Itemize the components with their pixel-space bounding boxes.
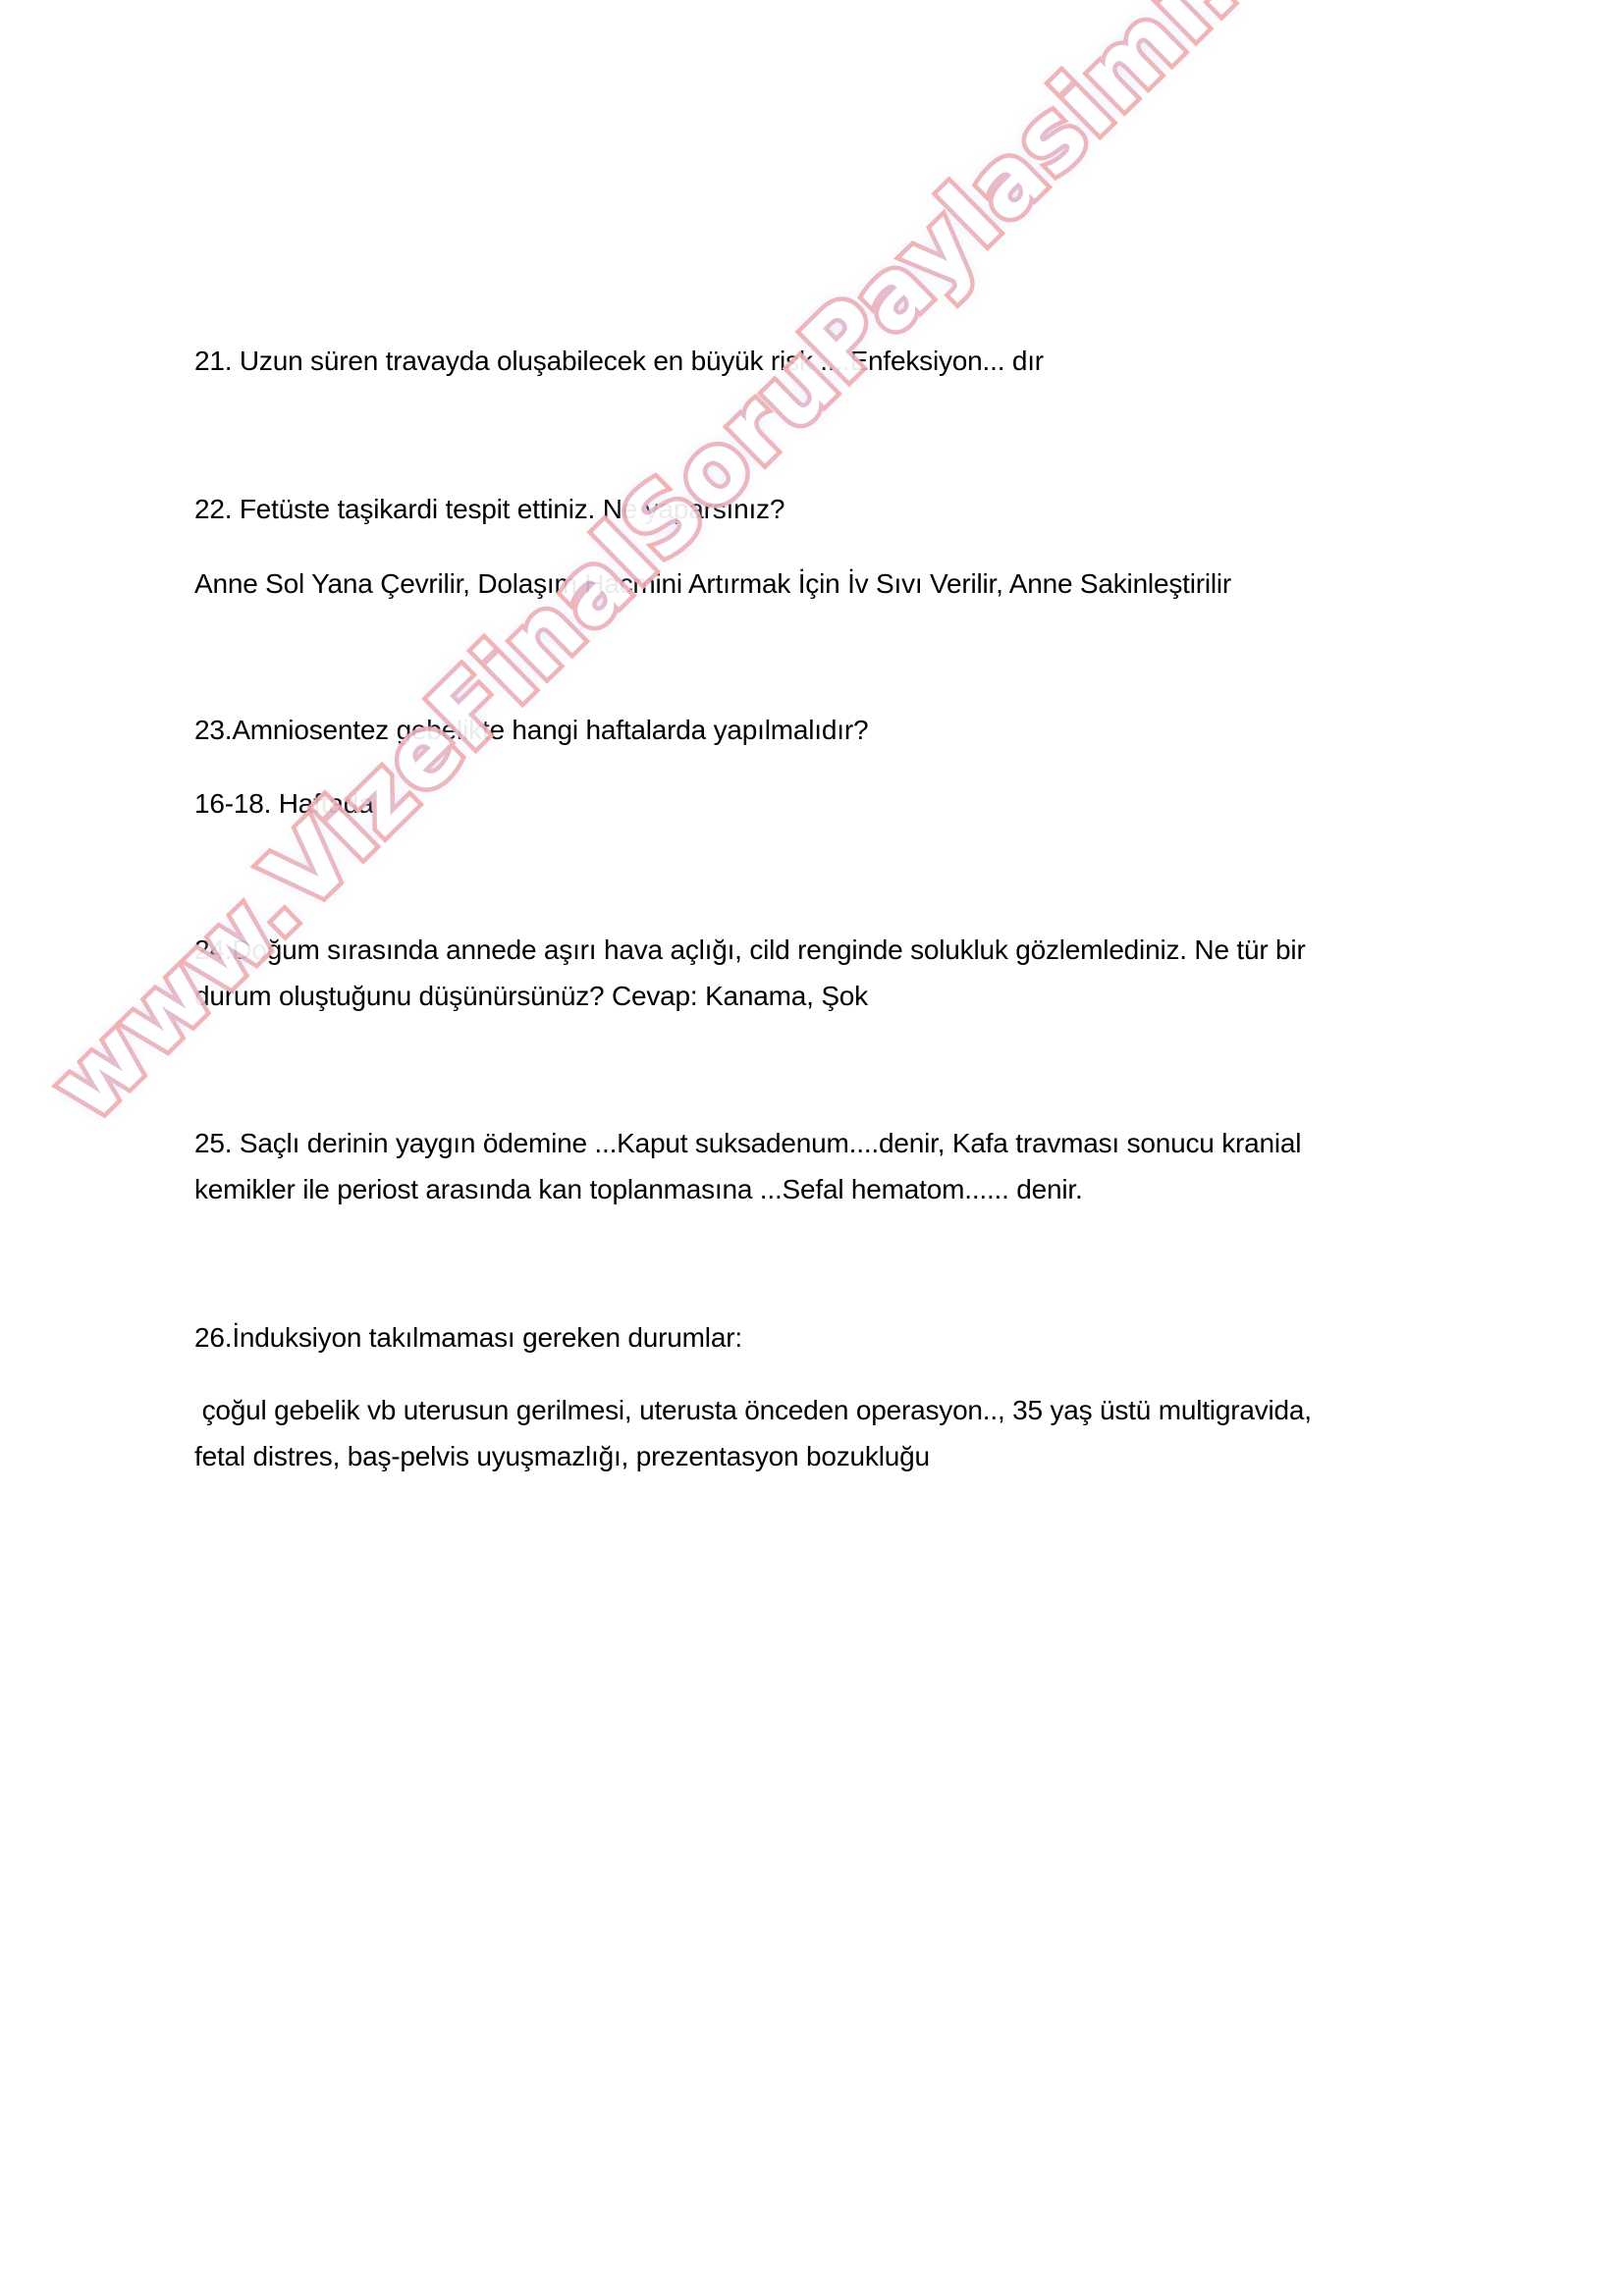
- question-24-line-1: 24.Doğum sırasında annede aşırı hava açl…: [194, 934, 1306, 967]
- document-page: 21. Uzun süren travayda oluşabilecek en …: [0, 0, 1623, 2296]
- question-25-line-2: kemikler ile periost arasında kan toplan…: [194, 1173, 1083, 1206]
- question-21: 21. Uzun süren travayda oluşabilecek en …: [194, 345, 1044, 378]
- question-26: 26.İnduksiyon takılmaması gereken duruml…: [194, 1321, 742, 1355]
- answer-26-line-1: çoğul gebelik vb uterusun gerilmesi, ute…: [194, 1394, 1312, 1427]
- question-23: 23.Amniosentez gebelikte hangi haftalard…: [194, 714, 868, 747]
- question-22: 22. Fetüste taşikardi tespit ettiniz. Ne…: [194, 493, 784, 526]
- document-content: 21. Uzun süren travayda oluşabilecek en …: [0, 0, 1623, 2296]
- answer-26-line-2: fetal distres, baş-pelvis uyuşmazlığı, p…: [194, 1440, 930, 1473]
- answer-22: Anne Sol Yana Çevrilir, Dolaşım Hacmini …: [194, 567, 1231, 601]
- answer-23: 16-18. Haftada: [194, 787, 373, 821]
- question-24-line-2: durum oluştuğunu düşünürsünüz? Cevap: Ka…: [194, 980, 868, 1013]
- question-25-line-1: 25. Saçlı derinin yaygın ödemine ...Kapu…: [194, 1127, 1301, 1160]
